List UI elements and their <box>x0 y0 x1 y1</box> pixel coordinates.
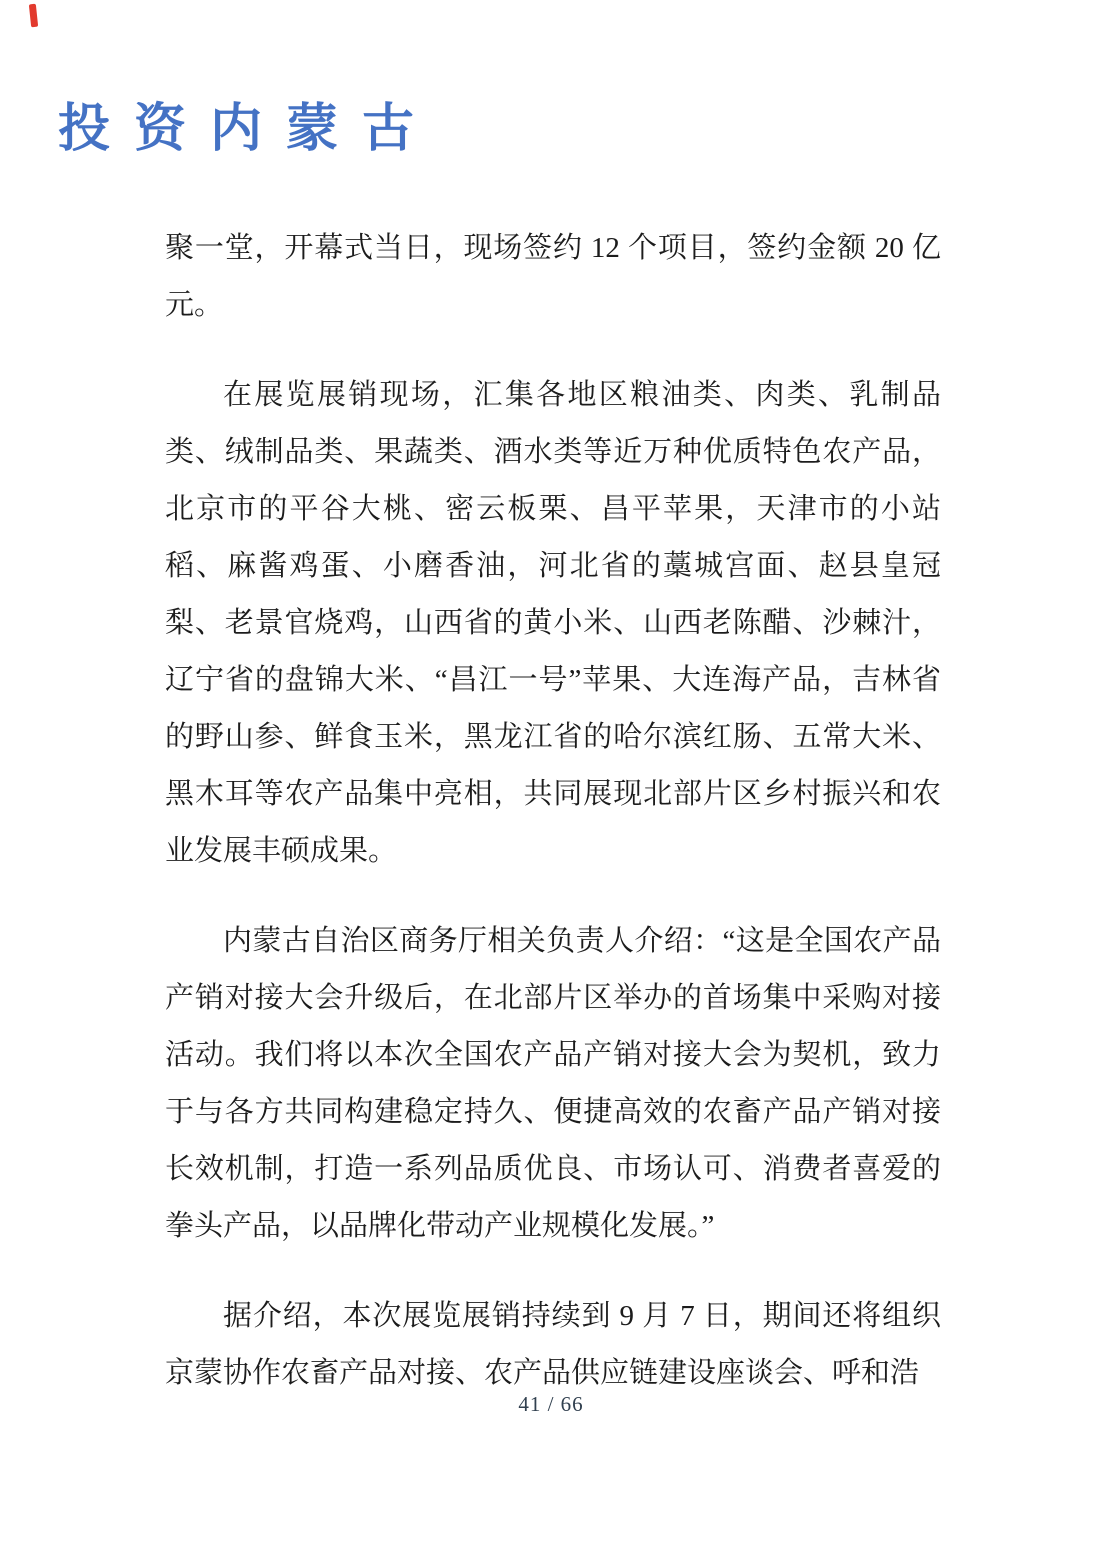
paragraph: 内蒙古自治区商务厅相关负责人介绍：“这是全国农产品产销对接大会升级后，在北部片区… <box>165 913 941 1255</box>
red-pen-mark <box>29 4 38 28</box>
page-title: 投 资 内 蒙 古 <box>58 86 415 161</box>
paragraph: 聚一堂，开幕式当日，现场签约 12 个项目，签约金额 20 亿元。 <box>165 220 941 334</box>
document-body: 聚一堂，开幕式当日，现场签约 12 个项目，签约金额 20 亿元。 在展览展销现… <box>165 220 941 1435</box>
paragraph: 在展览展销现场，汇集各地区粮油类、肉类、乳制品类、绒制品类、果蔬类、酒水类等近万… <box>165 367 941 880</box>
paragraph: 据介绍，本次展览展销持续到 9 月 7 日，期间还将组织京蒙协作农畜产品对接、农… <box>165 1288 941 1402</box>
document-page: 投 资 内 蒙 古 聚一堂，开幕式当日，现场签约 12 个项目，签约金额 20 … <box>0 0 1102 1559</box>
page-number: 41 / 66 <box>0 1392 1102 1417</box>
